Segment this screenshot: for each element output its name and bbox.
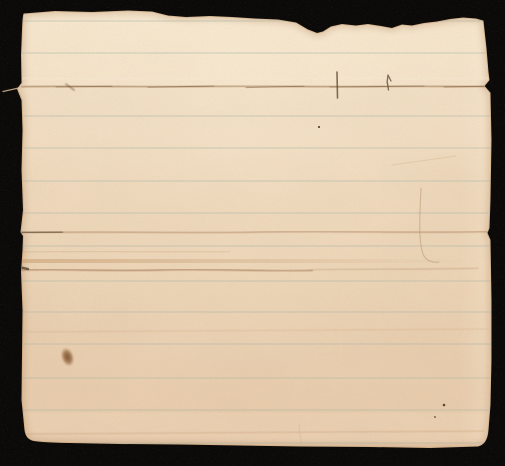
paper-photo-canvas <box>0 0 505 466</box>
paper-grain-texture <box>0 0 505 466</box>
photo-of-torn-ruled-paper <box>0 0 505 466</box>
paper-sheet <box>0 0 505 466</box>
